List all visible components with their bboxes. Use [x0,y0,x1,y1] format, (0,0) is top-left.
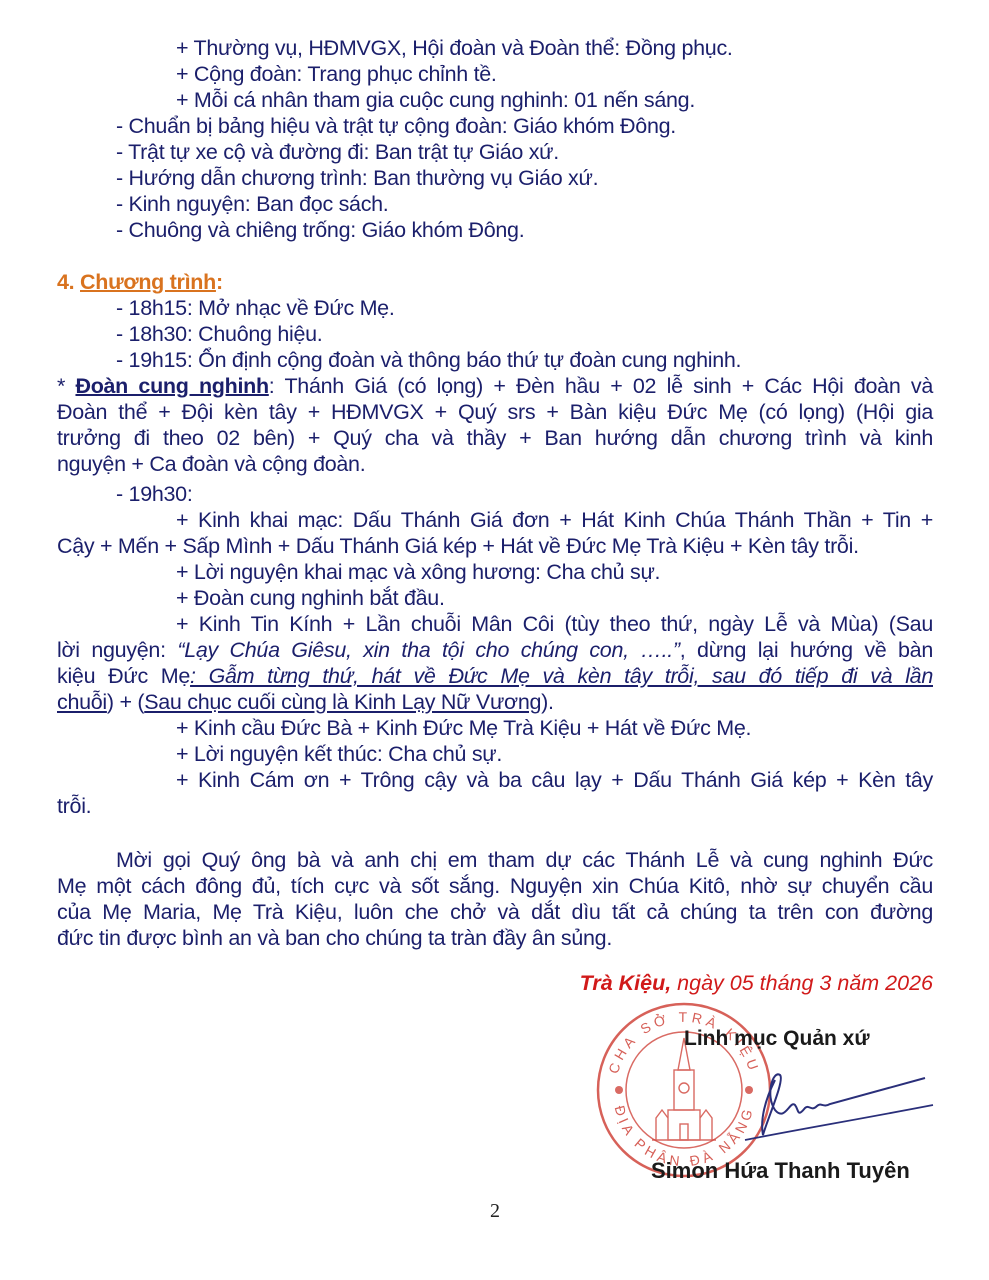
step-line: + Kinh Tin Kính + Lần chuỗi Mân Côi (tùy… [176,611,933,637]
dress-line: + Thường vụ, HĐMVGX, Hội đoàn và Đoàn th… [176,35,733,61]
prayer-quote: “Lạy Chúa Giêsu, xin tha tội cho chúng c… [177,638,679,662]
step-line: Cậy + Mến + Sấp Mình + Dấu Thánh Giá kép… [57,533,859,559]
section-colon: : [216,270,223,294]
procession-line: * Đoàn cung nghinh: Thánh Giá (có lọng) … [57,373,933,399]
step-line: + Kinh cầu Đức Bà + Kinh Đức Mẹ Trà Kiệu… [176,715,751,741]
step-line: + Lời nguyện khai mạc và xông hương: Cha… [176,559,660,585]
step-line: + Kinh khai mạc: Dấu Thánh Giá đơn + Hát… [176,507,933,533]
section-number: 4. [57,270,80,294]
closing-paragraph-line: Mời gọi Quý ông bà và anh chị em tham dự… [116,847,933,873]
section-title: Chương trình [80,270,216,294]
procession-line: Đoàn thể + Đội kèn tây + HĐMVGX + Quý sr… [57,399,933,425]
step-line: trỗi. [57,793,91,819]
task-line: - Hướng dẫn chương trình: Ban thường vụ … [116,165,598,191]
task-line: - Chuẩn bị bảng hiệu và trật tự cộng đoà… [116,113,676,139]
signer-title: Linh mục Quản xứ [684,1027,870,1051]
procession-label: Đoàn cung nghinh [75,374,268,398]
step-line: + Kinh Cám ơn + Trông cậy và ba câu lạy … [176,767,933,793]
document-page: + Thường vụ, HĐMVGX, Hội đoàn và Đoàn th… [0,0,989,1280]
step-line: + Lời nguyện kết thúc: Cha chủ sự. [176,741,502,767]
step-line: kiệu Đức Mẹ: Gẫm từng thứ, hát về Đức Mẹ… [57,663,933,689]
task-line: - Trật tự xe cộ và đường đi: Ban trật tự… [116,139,559,165]
dress-line: + Mỗi cá nhân tham gia cuộc cung nghinh:… [176,87,695,113]
date-place: Trà Kiệu, [580,971,672,995]
signer-name: Simon Hứa Thanh Tuyên [651,1158,910,1184]
procession-line: nguyện + Ca đoàn và cộng đoàn. [57,451,365,477]
schedule-item: - 18h15: Mở nhạc về Đức Mẹ. [116,295,395,321]
closing-paragraph-line: của Mẹ Maria, Mẹ Trà Kiệu, luôn che chở … [57,899,933,925]
signature-icon [735,1060,935,1150]
step-line: lời nguyện: “Lạy Chúa Giêsu, xin tha tội… [57,637,933,663]
date-line: Trà Kiệu, ngày 05 tháng 3 năm 2026 [580,971,933,996]
time-1930: - 19h30: [116,481,193,507]
section-heading: 4. Chương trình: [57,269,223,295]
task-line: - Chuông và chiêng trống: Giáo khóm Đông… [116,217,524,243]
task-line: - Kinh nguyện: Ban đọc sách. [116,191,388,217]
step-line: + Đoàn cung nghinh bắt đầu. [176,585,445,611]
date-text: ngày 05 tháng 3 năm 2026 [671,971,933,995]
closing-paragraph-line: Mẹ một cách đông đủ, tích cực và sốt sắn… [57,873,933,899]
page-number: 2 [490,1200,500,1223]
closing-paragraph-line: đức tin được bình an và ban cho chúng ta… [57,925,612,951]
dress-line: + Cộng đoàn: Trang phục chỉnh tề. [176,61,497,87]
step-line: chuỗi) + (Sau chục cuối cùng là Kinh Lạy… [57,689,554,715]
schedule-item: - 18h30: Chuông hiệu. [116,321,322,347]
schedule-item: - 19h15: Ổn định cộng đoàn và thông báo … [116,347,741,373]
procession-line: trưởng đi theo 02 bên) + Quý cha và thầy… [57,425,933,451]
